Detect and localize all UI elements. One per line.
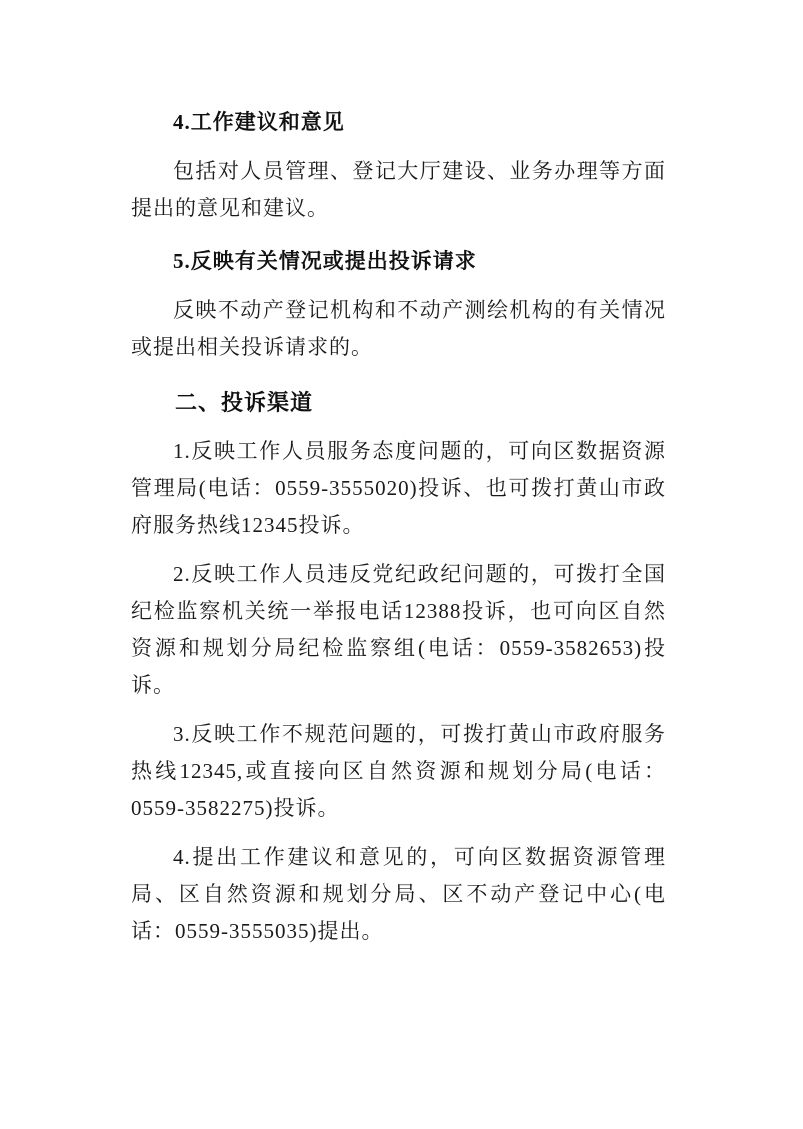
doc-section-heading: 二、投诉渠道: [131, 384, 666, 421]
document-page: 4.工作建议和意见包括对人员管理、登记大厅建设、业务办理等方面提出的意见和建议。…: [0, 0, 803, 1129]
doc-paragraph: 1.反映工作人员服务态度问题的，可向区数据资源管理局(电话：0559-35550…: [131, 433, 666, 544]
doc-subheading: 5.反映有关情况或提出投诉请求: [131, 243, 666, 280]
doc-subheading: 4.工作建议和意见: [131, 104, 666, 141]
document-body: 4.工作建议和意见包括对人员管理、登记大厅建设、业务办理等方面提出的意见和建议。…: [0, 0, 803, 950]
doc-paragraph: 3.反映工作不规范问题的，可拨打黄山市政府服务热线12345,或直接向区自然资源…: [131, 716, 666, 827]
doc-paragraph: 反映不动产登记机构和不动产测绘机构的有关情况或提出相关投诉请求的。: [131, 292, 666, 366]
doc-paragraph: 2.反映工作人员违反党纪政纪问题的，可拨打全国纪检监察机关统一举报电话12388…: [131, 556, 666, 704]
doc-paragraph: 包括对人员管理、登记大厅建设、业务办理等方面提出的意见和建议。: [131, 153, 666, 227]
doc-paragraph: 4.提出工作建议和意见的，可向区数据资源管理局、区自然资源和规划分局、区不动产登…: [131, 839, 666, 950]
